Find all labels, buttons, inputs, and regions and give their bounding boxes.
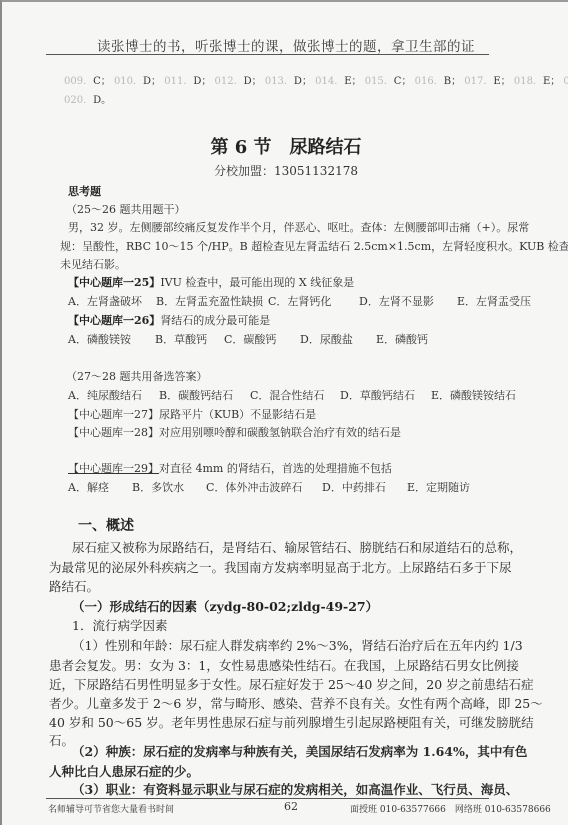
p1-line-5: 40 岁和 50～65 岁。老年男性患尿石症与前列腺增生引起尿路梗阻有关，可继发… [49,713,534,731]
question-25: 【中心题库一25】IVU 检查中，最可能出现的 X 线征象是 [68,274,354,290]
question-28: 【中心题库一28】对应用别嘌呤醇和碳酸氢钠联合治疗有效的结石是 [68,424,401,440]
option-b: B．碳酸钙结石 [159,387,250,403]
answer-number: 017． [464,76,493,87]
question-text: 对直径 4mm 的肾结石，首选的处理措施不包括 [159,462,392,475]
answer-number: 014． [315,76,344,87]
option-e: E．定期随访 [407,479,470,495]
p1-line-3: 近，下尿路结石男性明显多于女性。尿石症好发于 25～40 岁之间，20 岁之前患… [49,675,534,693]
answer-letter: D； [143,76,164,87]
answer-number: 015． [365,76,394,87]
option-b: B．左肾盂充盈性缺损 [156,293,268,309]
p2-line-1: （2）种族：尿石症的发病率与种族有关，美国尿结石发病率为 1.64%，其中有色 [72,742,527,760]
footer-rule [46,798,489,799]
answer-letter: D； [244,76,265,87]
p1-line-4: 者少。儿童多发于 2～6 岁，常与畸形、感染、营养不良有关。女性有两个高峰，即 … [49,694,543,712]
answer-letter: E； [493,76,513,87]
overview-heading: 一、概述 [78,515,134,535]
option-e: E．磷酸钙 [376,331,428,347]
question-27: 【中心题库一27】尿路平片（KUB）不显影结石是 [68,406,316,422]
option-d: D．草酸钙结石 [340,387,431,403]
question-text: 对应用别嘌呤醇和碳酸氢钠联合治疗有效的结石是 [159,426,401,439]
case-line-3: 未见结石影。 [60,256,126,272]
option-d: D．尿酸盐 [300,331,376,347]
footer-right: 面授班 010-63577666 网络班 010-63578666 [350,802,551,815]
question-text: 肾结石的成分最可能是 [160,314,270,327]
footer-left: 名师辅导可节省您大量看书时间 [48,802,174,815]
option-d: D．中药排石 [322,479,407,495]
question-tag: 【中心题库一27】 [68,408,159,421]
option-a: A．纯尿酸结石 [68,387,159,403]
option-e: E．磷酸镁铵结石 [431,387,516,403]
option-e: E．左肾盂受压 [457,293,531,309]
section-subtitle: 分校加盟：13051132178 [2,162,568,179]
question-text: IVU 检查中，最可能出现的 X 线征象是 [160,276,354,289]
answer-number: 010． [114,76,143,87]
case-line-1: 男，32 岁。左侧腰部绞痛反复发作半个月，伴恶心、呕吐。查体：左侧腰部叩击痛（+… [68,219,529,235]
answer-letter: C； [394,76,415,87]
answer-letter: E； [543,76,563,87]
header-slogan: 读张博士的书，听张博士的课，做张博士的题，拿卫生部的证 [2,35,568,55]
p3-line-1: （3）职业：有资料显示职业与尿石症的发病相关，如高温作业、飞行员、海员、 [72,780,518,798]
option-a: A．左肾盏破坏 [68,293,156,309]
question-tag: 【中心题库一25】 [68,276,160,289]
question-26: 【中心题库一26】肾结石的成分最可能是 [68,312,270,328]
overview-line-3: 路结石。 [49,577,99,595]
option-c: C．左肾钙化 [268,293,359,309]
question-tag: 【中心题库一26】 [68,314,160,327]
factors-heading: （一）形成结石的因素（zydg-80-02;zldg-49-27） [72,597,378,615]
answer-letter: B； [444,76,465,87]
answer-number: 009． [64,76,93,87]
answer-letter: D； [193,76,214,87]
questions-heading: 思考题 [68,183,101,199]
q29-options: A．解痉B．多饮水C．体外冲击波碎石D．中药排石E．定期随访 [68,479,470,495]
answer-number: 020． [64,95,93,106]
header-rule [46,54,489,55]
option-a: A．解痉 [68,479,132,495]
group2-label: （27～28 题共用备选答案） [66,368,208,384]
epidemiology-item: 1．流行病学因素 [72,616,167,634]
answer-letter: D。 [93,95,111,106]
overview-line-1: 尿石症又被称为尿路结石，是肾结石、输尿管结石、膀胱结石和尿道结石的总称， [72,538,522,556]
p1-line-2: 患者会复发。男：女为 3：1，女性易患感染性结石。在我国，上尿路结石男女比例接 [49,656,519,674]
answer-number: 016． [415,76,444,87]
answer-key-line-1: 009．C； 010．D； 011．D； 012．D； 013．D； 014．E… [64,72,568,87]
question-tag: 【中心题库一29】 [68,462,159,475]
answer-number: 013． [265,76,294,87]
option-b: B．多饮水 [132,479,206,495]
answer-number: 012． [215,76,244,87]
option-c: C．混合性结石 [250,387,340,403]
answer-key-line-2: 020．D。 [64,91,111,106]
question-text: 尿路平片（KUB）不显影结石是 [159,408,316,421]
p1-line-6: 石。 [49,731,74,749]
answer-number: 011． [164,76,193,87]
option-b: B．草酸钙 [155,331,224,347]
p1-line-1: （1）性别和年龄：尿石症人群发病率约 2%～3%，肾结石治疗后在五年内约 1/3 [72,636,523,654]
section-title: 第 6 节 尿路结石 [2,133,568,159]
option-c: C．体外冲击波碎石 [206,479,322,495]
question-29: 【中心题库一29】对直径 4mm 的肾结石，首选的处理措施不包括 [68,460,392,476]
q25-options: A．左肾盏破坏B．左肾盂充盈性缺损C．左肾钙化D．左肾不显影E．左肾盂受压 [68,293,531,309]
option-a: A．磷酸镁铵 [68,331,155,347]
answer-number: 019． [563,76,568,87]
p2-line-2: 人种比白人患尿石症的少。 [49,762,199,780]
case-line-2: 规：呈酸性，RBC 10～15 个/HP。B 超检查见左肾盂结石 2.5cm×1… [60,238,568,254]
document-page: 读张博士的书，听张博士的课，做张博士的题，拿卫生部的证 009．C； 010．D… [0,0,568,825]
question-tag: 【中心题库一28】 [68,426,159,439]
group2-options: A．纯尿酸结石B．碳酸钙结石C．混合性结石D．草酸钙结石E．磷酸镁铵结石 [68,387,516,403]
group1-label: （25～26 题共用题干） [66,201,186,217]
option-c: C．碳酸钙 [224,331,300,347]
overview-line-2: 为最常见的泌尿外科疾病之一。我国南方发病率明显高于北方。上尿路结石多于下尿 [49,558,512,576]
q26-options: A．磷酸镁铵B．草酸钙C．碳酸钙D．尿酸盐E．磷酸钙 [68,331,428,347]
page-number: 62 [284,800,298,813]
answer-number: 018． [514,76,543,87]
answer-letter: C； [93,76,114,87]
option-d: D．左肾不显影 [359,293,457,309]
answer-letter: E； [344,76,364,87]
answer-letter: D； [294,76,315,87]
